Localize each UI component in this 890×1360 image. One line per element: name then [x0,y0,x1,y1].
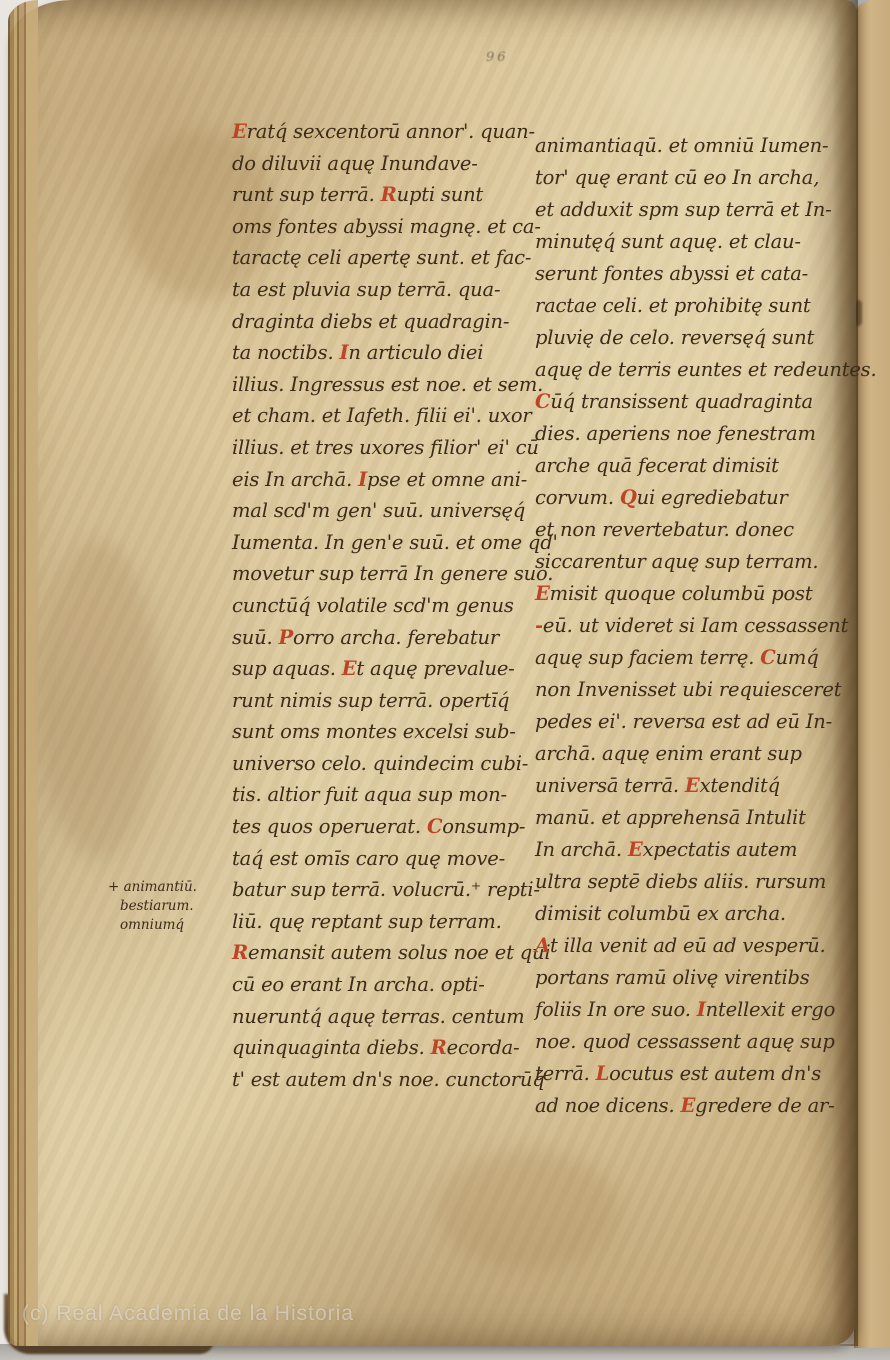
ink-text: xtenditq́ [700,774,780,797]
ink-text: movetur sup terrā In genere suo. [232,562,553,585]
parchment-stain [38,540,158,860]
parchment-stain [438,1150,618,1270]
ink-text: mal scd'm gen' suū. universęq́ [232,499,525,522]
text-line: tes quos operuerat. Consump- [232,811,534,843]
ink-text: draginta diebs et quadragin- [232,310,509,333]
rubric-text: C [427,815,442,838]
text-line: illius. et tres uxores filior' ei' cū [232,432,534,464]
text-line: animantiaqū. et omniū Iumen- [535,130,845,162]
text-line: mal scd'm gen' suū. universęq́ [232,495,534,527]
text-line: sup aquas. Et aquę prevalue- [232,653,534,685]
ink-text: ta noctibs. [232,341,339,364]
rubric-text: R [381,183,397,206]
ink-text: tor' quę erant cū eo In archa, [535,166,819,189]
rubric-text: L [596,1062,610,1085]
ink-text: ocutus est autem dn's [609,1062,821,1085]
ink-text: tis. altior fuit aqua sup mon- [232,783,507,806]
ink-text: foliis In ore suo. [535,998,697,1021]
ink-text: illius. et tres uxores filior' ei' cū [232,436,539,459]
ink-text: sup aquas. [232,657,342,680]
ink-text: et non revertebatur. donec [535,518,794,541]
text-line: tis. altior fuit aqua sup mon- [232,779,534,811]
text-line: quinquaginta diebs. Recorda- [232,1032,534,1064]
ink-text: onsump- [442,815,525,838]
text-line: pedes ei'. reversa est ad eū In- [535,706,845,738]
ink-text: ratq́ sexcentorū annor'. quan- [247,120,535,143]
rubric-text: E [535,582,550,605]
ink-text: arche quā fecerat dimisit [535,454,779,477]
text-line: bestiarum. [108,897,197,916]
ink-text: pluvię de celo. reversęq́ sunt [535,326,814,349]
ink-text: archā. aquę enim erant sup [535,742,802,765]
ink-text: minutęq́ sunt aquę. et clau- [535,230,801,253]
text-line: et adduxit spm sup terrā et In- [535,194,845,226]
text-line: et non revertebatur. donec [535,514,845,546]
text-line: + animantiū. [108,878,197,897]
ink-text: gredere de ar- [695,1094,834,1117]
text-line: minutęq́ sunt aquę. et clau- [535,226,845,258]
ink-text: omniumq́ [120,917,184,933]
ink-text: terrā. [535,1062,596,1085]
ink-text: ad noe dicens. [535,1094,681,1117]
rubric-text: E [681,1094,696,1117]
ink-text: eū. ut videret si Iam cessassent [543,614,848,637]
rubric-text: E [342,657,357,680]
rubric-text: I [697,998,706,1021]
ink-text: do diluvii aquę Inundave- [232,152,478,175]
rubric-text: E [232,120,247,143]
ink-text: batur sup terrā. volucrū.⁺ repti- [232,878,540,901]
ink-text: oms fontes abyssi magnę. et ca- [232,215,541,238]
copyright-watermark: (c) Real Academia de la Historia [22,1302,354,1326]
ink-text: runt nimis sup terrā. opertīq́ [232,689,509,712]
ink-text: portans ramū olivę virentibs [535,966,810,989]
text-line: aquę sup faciem terrę. Cumq́ [535,642,845,674]
text-line: Eratq́ sexcentorū annor'. quan- [232,116,534,148]
rubric-text: A [535,934,550,957]
text-line: draginta diebs et quadragin- [232,306,534,338]
ink-text: serunt fontes abyssi et cata- [535,262,808,285]
folio-mark: 96 [486,50,509,65]
text-line: archā. aquę enim erant sup [535,738,845,770]
ink-text: t aquę prevalue- [356,657,514,680]
ink-text: In archā. [535,838,628,861]
ink-text: ecorda- [447,1036,520,1059]
rubric-text: I [358,468,367,491]
ink-text: sunt oms montes excelsi sub- [232,720,516,743]
ink-text: aquę sup faciem terrę. [535,646,760,669]
ink-text: t' est autem dn's noe. cunctorūq́ [232,1068,545,1091]
ink-text: ui egrediebatur [637,486,788,509]
ink-text: non Invenisset ubi requiesceret [535,678,841,701]
parchment-stain [608,40,768,130]
text-line: corvum. Qui egrediebatur [535,482,845,514]
text-line: arche quā fecerat dimisit [535,450,845,482]
ink-text: pedes ei'. reversa est ad eū In- [535,710,832,733]
text-column-right: animantiaqū. et omniū Iumen-tor' quę era… [535,130,845,1122]
text-line: dimisit columbū ex archa. [535,898,845,930]
ink-text: ntellexit ergo [706,998,836,1021]
text-line: ta est pluvia sup terrā. qua- [232,274,534,306]
ink-text: ractae celi. et prohibitę sunt [535,294,811,317]
ink-text: quinquaginta diebs. [232,1036,431,1059]
text-line: suū. Porro archa. ferebatur [232,622,534,654]
rubric-text: - [535,614,543,637]
text-line: runt nimis sup terrā. opertīq́ [232,685,534,717]
text-line: omniumq́ [108,916,197,935]
ink-text: universo celo. quindecim cubi- [232,752,528,775]
text-line: taq́ est omīs caro quę move- [232,843,534,875]
next-folio-edge [854,0,890,1348]
text-line: noe. quod cessassent aquę sup [535,1026,845,1058]
rubric-text: E [628,838,643,861]
ink-text: cunctūq́ volatile scd'm genus [232,594,514,617]
text-line: ad noe dicens. Egredere de ar- [535,1090,845,1122]
text-line: foliis In ore suo. Intellexit ergo [535,994,845,1026]
rubric-text: R [431,1036,447,1059]
manuscript-photo: 96 Eratq́ sexcentorū annor'. quan-do dil… [0,0,890,1360]
text-line: et cham. et Iafeth. filii ei'. uxor [232,400,534,432]
text-line: aquę de terris euntes et redeuntes. [535,354,845,386]
text-line: movetur sup terrā In genere suo. [232,558,534,590]
text-line: serunt fontes abyssi et cata- [535,258,845,290]
text-line: sunt oms montes excelsi sub- [232,716,534,748]
ink-text: t illa venit ad eū ad vesperū. [550,934,826,957]
ink-text: + animantiū. [108,879,197,895]
ink-text: liū. quę reptant sup terram. [232,910,502,933]
text-line: eis In archā. Ipse et omne ani- [232,464,534,496]
page-edge-stack [8,0,38,1346]
ink-text: orro archa. ferebatur [293,626,499,649]
ink-text: umq́ [776,646,819,669]
ink-text: nueruntq́ aquę terras. centum [232,1005,524,1028]
ink-text: et cham. et Iafeth. filii ei'. uxor [232,404,532,427]
ink-text: taq́ est omīs caro quę move- [232,847,505,870]
rubric-text: R [232,941,248,964]
ink-text: dimisit columbū ex archa. [535,902,786,925]
ink-text: illius. Ingressus est noe. et sem. [232,373,543,396]
text-line: cunctūq́ volatile scd'm genus [232,590,534,622]
text-line: liū. quę reptant sup terram. [232,906,534,938]
ink-text: corvum. [535,486,620,509]
ink-text: ta est pluvia sup terrā. qua- [232,278,500,301]
text-line: taractę celi apertę sunt. et fac- [232,242,534,274]
ink-text: upti sunt [397,183,483,206]
ink-text: suū. [232,626,279,649]
text-line: dies. aperiens noe fenestram [535,418,845,450]
ink-text: manū. et apprehensā Intulit [535,806,806,829]
text-line: ta noctibs. In articulo diei [232,337,534,369]
ink-text: ultra septē diebs aliis. rursum [535,870,826,893]
text-line: nueruntq́ aquę terras. centum [232,1001,534,1033]
text-line: non Invenisset ubi requiesceret [535,674,845,706]
ink-text: siccarentur aquę sup terram. [535,550,818,573]
text-line: do diluvii aquę Inundave- [232,148,534,180]
text-line: illius. Ingressus est noe. et sem. [232,369,534,401]
text-line: At illa venit ad eū ad vesperū. [535,930,845,962]
text-line: Cūq́ transissent quadraginta [535,386,845,418]
ink-text: tes quos operuerat. [232,815,427,838]
text-line: ultra septē diebs aliis. rursum [535,866,845,898]
rubric-text: Q [620,486,637,509]
text-line: tor' quę erant cū eo In archa, [535,162,845,194]
text-line: terrā. Locutus est autem dn's [535,1058,845,1090]
text-line: In archā. Expectatis autem [535,834,845,866]
text-line: universā terrā. Extenditq́ [535,770,845,802]
text-line: batur sup terrā. volucrū.⁺ repti- [232,874,534,906]
text-line: Iumenta. In gen'e suū. et ome qd' [232,527,534,559]
text-line: universo celo. quindecim cubi- [232,748,534,780]
text-line: pluvię de celo. reversęq́ sunt [535,322,845,354]
rubric-text: E [685,774,700,797]
text-line: oms fontes abyssi magnę. et ca- [232,211,534,243]
ink-text: animantiaqū. et omniū Iumen- [535,134,828,157]
rubric-text: C [535,390,550,413]
text-line: -eū. ut videret si Iam cessassent [535,610,845,642]
rubric-text: C [760,646,775,669]
ink-text: universā terrā. [535,774,685,797]
ink-text: xpectatis autem [643,838,798,861]
rubric-text: P [279,626,293,649]
text-line: Remansit autem solus noe et qui [232,937,534,969]
text-line: ractae celi. et prohibitę sunt [535,290,845,322]
text-line: Emisit quoque columbū post [535,578,845,610]
ink-text: bestiarum. [120,898,194,914]
text-line: runt sup terrā. Rupti sunt [232,179,534,211]
text-line: manū. et apprehensā Intulit [535,802,845,834]
parchment-page: 96 Eratq́ sexcentorū annor'. quan-do dil… [8,0,856,1346]
ink-text: runt sup terrā. [232,183,381,206]
margin-note: + animantiū.bestiarum.omniumq́ [108,878,197,935]
ink-text: dies. aperiens noe fenestram [535,422,816,445]
ink-text: ūq́ transissent quadraginta [550,390,813,413]
text-column-left: Eratq́ sexcentorū annor'. quan-do diluvi… [232,116,534,1095]
ink-text: eis In archā. [232,468,358,491]
ink-text: cū eo erant In archa. opti- [232,973,485,996]
text-line: cū eo erant In archa. opti- [232,969,534,1001]
text-line: portans ramū olivę virentibs [535,962,845,994]
ink-text: misit quoque columbū post [550,582,813,605]
ink-text: emansit autem solus noe et qui [248,941,550,964]
ink-text: pse et omne ani- [367,468,527,491]
ink-text: noe. quod cessassent aquę sup [535,1030,835,1053]
ink-text: n articulo diei [348,341,483,364]
text-line: t' est autem dn's noe. cunctorūq́ [232,1064,534,1096]
ink-text: et adduxit spm sup terrā et In- [535,198,832,221]
text-line: siccarentur aquę sup terram. [535,546,845,578]
ink-text: Iumenta. In gen'e suū. et ome qd' [232,531,558,554]
ink-text: taractę celi apertę sunt. et fac- [232,246,531,269]
ink-text: aquę de terris euntes et redeuntes. [535,358,877,381]
